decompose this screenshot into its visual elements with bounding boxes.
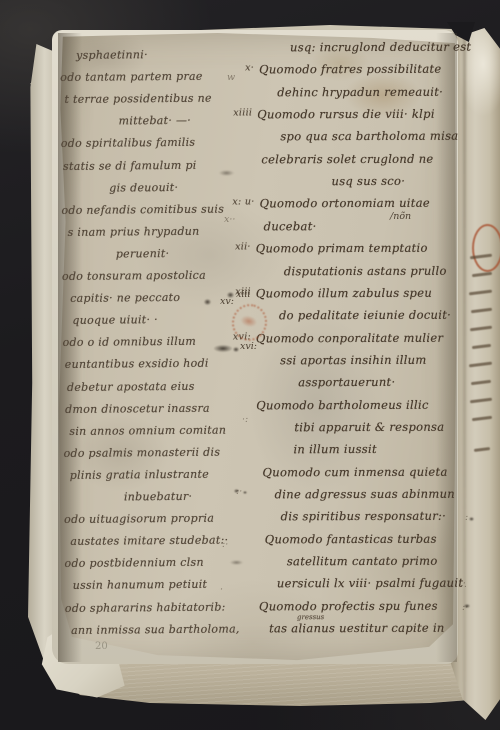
manuscript-line: ussin hanumum petiuit bbox=[73, 578, 208, 592]
manuscript-line: odo psalmis monasterii dis bbox=[63, 445, 220, 459]
page-right-fold-shadow bbox=[436, 33, 457, 662]
manuscript-line: s inam prius hrypadun bbox=[68, 225, 200, 239]
ink-blot bbox=[233, 347, 239, 352]
fore-edge-text-line bbox=[472, 416, 492, 421]
margin-mark: xiii bbox=[236, 289, 250, 300]
manuscript-line: ssi aportas insihin illum bbox=[280, 353, 427, 368]
manuscript-line: tas alianus uestitur capite ingressus bbox=[269, 621, 445, 636]
manuscript-line: Quomodo bartholomeus illic bbox=[256, 397, 428, 412]
fore-edge-text-line bbox=[472, 344, 491, 349]
manuscript-line: dmon dinoscetur inassra bbox=[65, 401, 210, 415]
manuscript-line: disputationis astans prullo bbox=[284, 263, 447, 278]
ink-blot bbox=[204, 299, 211, 305]
manuscript-line: celebraris solet cruglond ne bbox=[261, 151, 433, 166]
manuscript-line: xvi:Quomodo conporalitate mulier bbox=[256, 330, 443, 345]
fore-edge-crease bbox=[463, 28, 466, 720]
manuscript-line: Quomodo fantasticas turbas bbox=[265, 531, 437, 546]
manuscript-line: odo o id omnibus illum bbox=[63, 335, 197, 349]
chapter-numeral: x: u· bbox=[232, 197, 254, 208]
ink-smudge bbox=[230, 560, 243, 565]
manuscript-line: odo nefandis comitibus suis bbox=[61, 202, 224, 216]
margin-mark: x·· bbox=[224, 214, 235, 225]
manuscript-line: odo tonsuram apostolica bbox=[62, 269, 206, 283]
manuscript-line: mittebat· —· bbox=[119, 114, 192, 128]
manuscript-line: gis deuouit· bbox=[109, 181, 178, 195]
red-circle-decoration bbox=[472, 224, 500, 272]
ink-blot bbox=[243, 491, 247, 494]
manuscript-line: dine adgressus suas abinmun bbox=[275, 487, 455, 502]
manuscript-line: x: u·Quomodo ortonomiam uitae bbox=[260, 196, 430, 211]
margin-mark: : bbox=[465, 512, 468, 523]
fore-edge-text-line bbox=[472, 272, 492, 277]
manuscript-line: dehinc hrypadun remeauit· bbox=[277, 84, 443, 99]
fore-edge-text-line bbox=[469, 362, 492, 368]
manuscript-line: usq: incruglond deducitur est bbox=[290, 40, 471, 55]
manuscript-line: odo sphararins habitatorib: bbox=[65, 600, 226, 614]
chapter-numeral: xii· bbox=[235, 242, 251, 253]
manuscript-line: xiiiiQuomodo rursus die viii· klpi bbox=[257, 107, 435, 122]
manuscript-line: euntantibus exsidio hodi bbox=[65, 357, 209, 371]
manuscript-line: peruenit· bbox=[116, 247, 170, 260]
fore-edge-text-line bbox=[470, 398, 492, 404]
manuscript-line: tibi apparuit & responsa bbox=[294, 420, 444, 435]
manuscript-line: satellitum cantato primo bbox=[287, 554, 438, 569]
manuscript-line: austates imitare studebat:· bbox=[70, 534, 228, 548]
manuscript-line: x·Quomodo fratres possibilitate bbox=[259, 62, 441, 77]
manuscript-line: do pedalitate ieiunie docuit· bbox=[279, 308, 451, 323]
manuscript-line: xiiiQuomodo illum zabulus speu bbox=[256, 286, 432, 301]
margin-mark: xvi: bbox=[240, 341, 257, 352]
interlinear-gloss: gressus bbox=[297, 613, 324, 621]
chapter-numeral: xiiii bbox=[233, 107, 252, 118]
margin-mark: w bbox=[227, 72, 235, 83]
fore-edge-text-line bbox=[471, 380, 491, 385]
manuscript-line: ysphaetinni· bbox=[76, 48, 148, 62]
manuscript-line: debetur apostata eius bbox=[67, 379, 195, 393]
manuscript-line: Quomodo profectis spu funes bbox=[259, 598, 438, 613]
manuscript-line: usq sus sco· bbox=[331, 174, 405, 188]
manuscript-photograph: ysphaetinni·odo tantam partem praet terr… bbox=[0, 0, 500, 730]
manuscript-line: capitis· ne peccato bbox=[70, 291, 180, 305]
ink-smudge bbox=[219, 170, 234, 176]
manuscript-line: ann inmissa sua bartholoma, bbox=[71, 622, 240, 636]
manuscript-line: spo qua sca bartholoma misa bbox=[280, 129, 458, 144]
manuscript-line: plinis gratia inlustrante bbox=[70, 468, 209, 482]
ink-blot bbox=[234, 489, 239, 493]
ink-smudge bbox=[214, 345, 232, 352]
margin-mark: ∴ bbox=[460, 580, 466, 591]
fore-edge-text-line bbox=[470, 326, 492, 332]
manuscript-line: inbuebatur· bbox=[124, 490, 193, 504]
manuscript-line: Quomodo cum inmensa quieta bbox=[262, 464, 447, 479]
ink-blot bbox=[469, 517, 474, 521]
chapter-numeral: x· bbox=[245, 63, 254, 74]
manuscript-line: xii·Quomodo primam temptatio bbox=[256, 241, 428, 256]
manuscript-line: ducebat· bbox=[264, 219, 317, 233]
fore-edge-text-line bbox=[474, 447, 490, 452]
manuscript-line: in illum iussit bbox=[293, 442, 376, 456]
ink-blot bbox=[227, 292, 234, 298]
ink-blot bbox=[464, 604, 470, 608]
manuscript-line: sin annos omnium comitan bbox=[69, 423, 226, 437]
manuscript-line: uersiculi lx viii· psalmi fugauit bbox=[277, 576, 463, 591]
margin-mark: /nõn bbox=[390, 211, 411, 222]
manuscript-line: odo spiritalibus familis bbox=[61, 136, 196, 150]
manuscript-line: dis spiritibus responsatur:· bbox=[281, 509, 447, 524]
margin-mark: · bbox=[220, 584, 223, 595]
manuscript-line: assportauerunt· bbox=[298, 375, 395, 389]
manuscript-line: statis se di famulum pi bbox=[63, 158, 197, 172]
manuscript-line: t terrae possidentibus ne bbox=[64, 92, 211, 106]
manuscript-line: quoque uiuit· · bbox=[72, 313, 158, 327]
margin-mark: ·: bbox=[242, 414, 248, 425]
fore-edge-text-line bbox=[469, 290, 492, 296]
fore-edge-text-line bbox=[471, 308, 492, 314]
pencil-annotation: 20 bbox=[95, 641, 108, 652]
manuscript-line: odo postbidennium clsn bbox=[64, 556, 203, 570]
margin-mark: :· bbox=[222, 539, 228, 550]
manuscript-line: odo tantam partem prae bbox=[60, 70, 203, 84]
manuscript-line: odo uituagisorum propria bbox=[64, 512, 214, 526]
